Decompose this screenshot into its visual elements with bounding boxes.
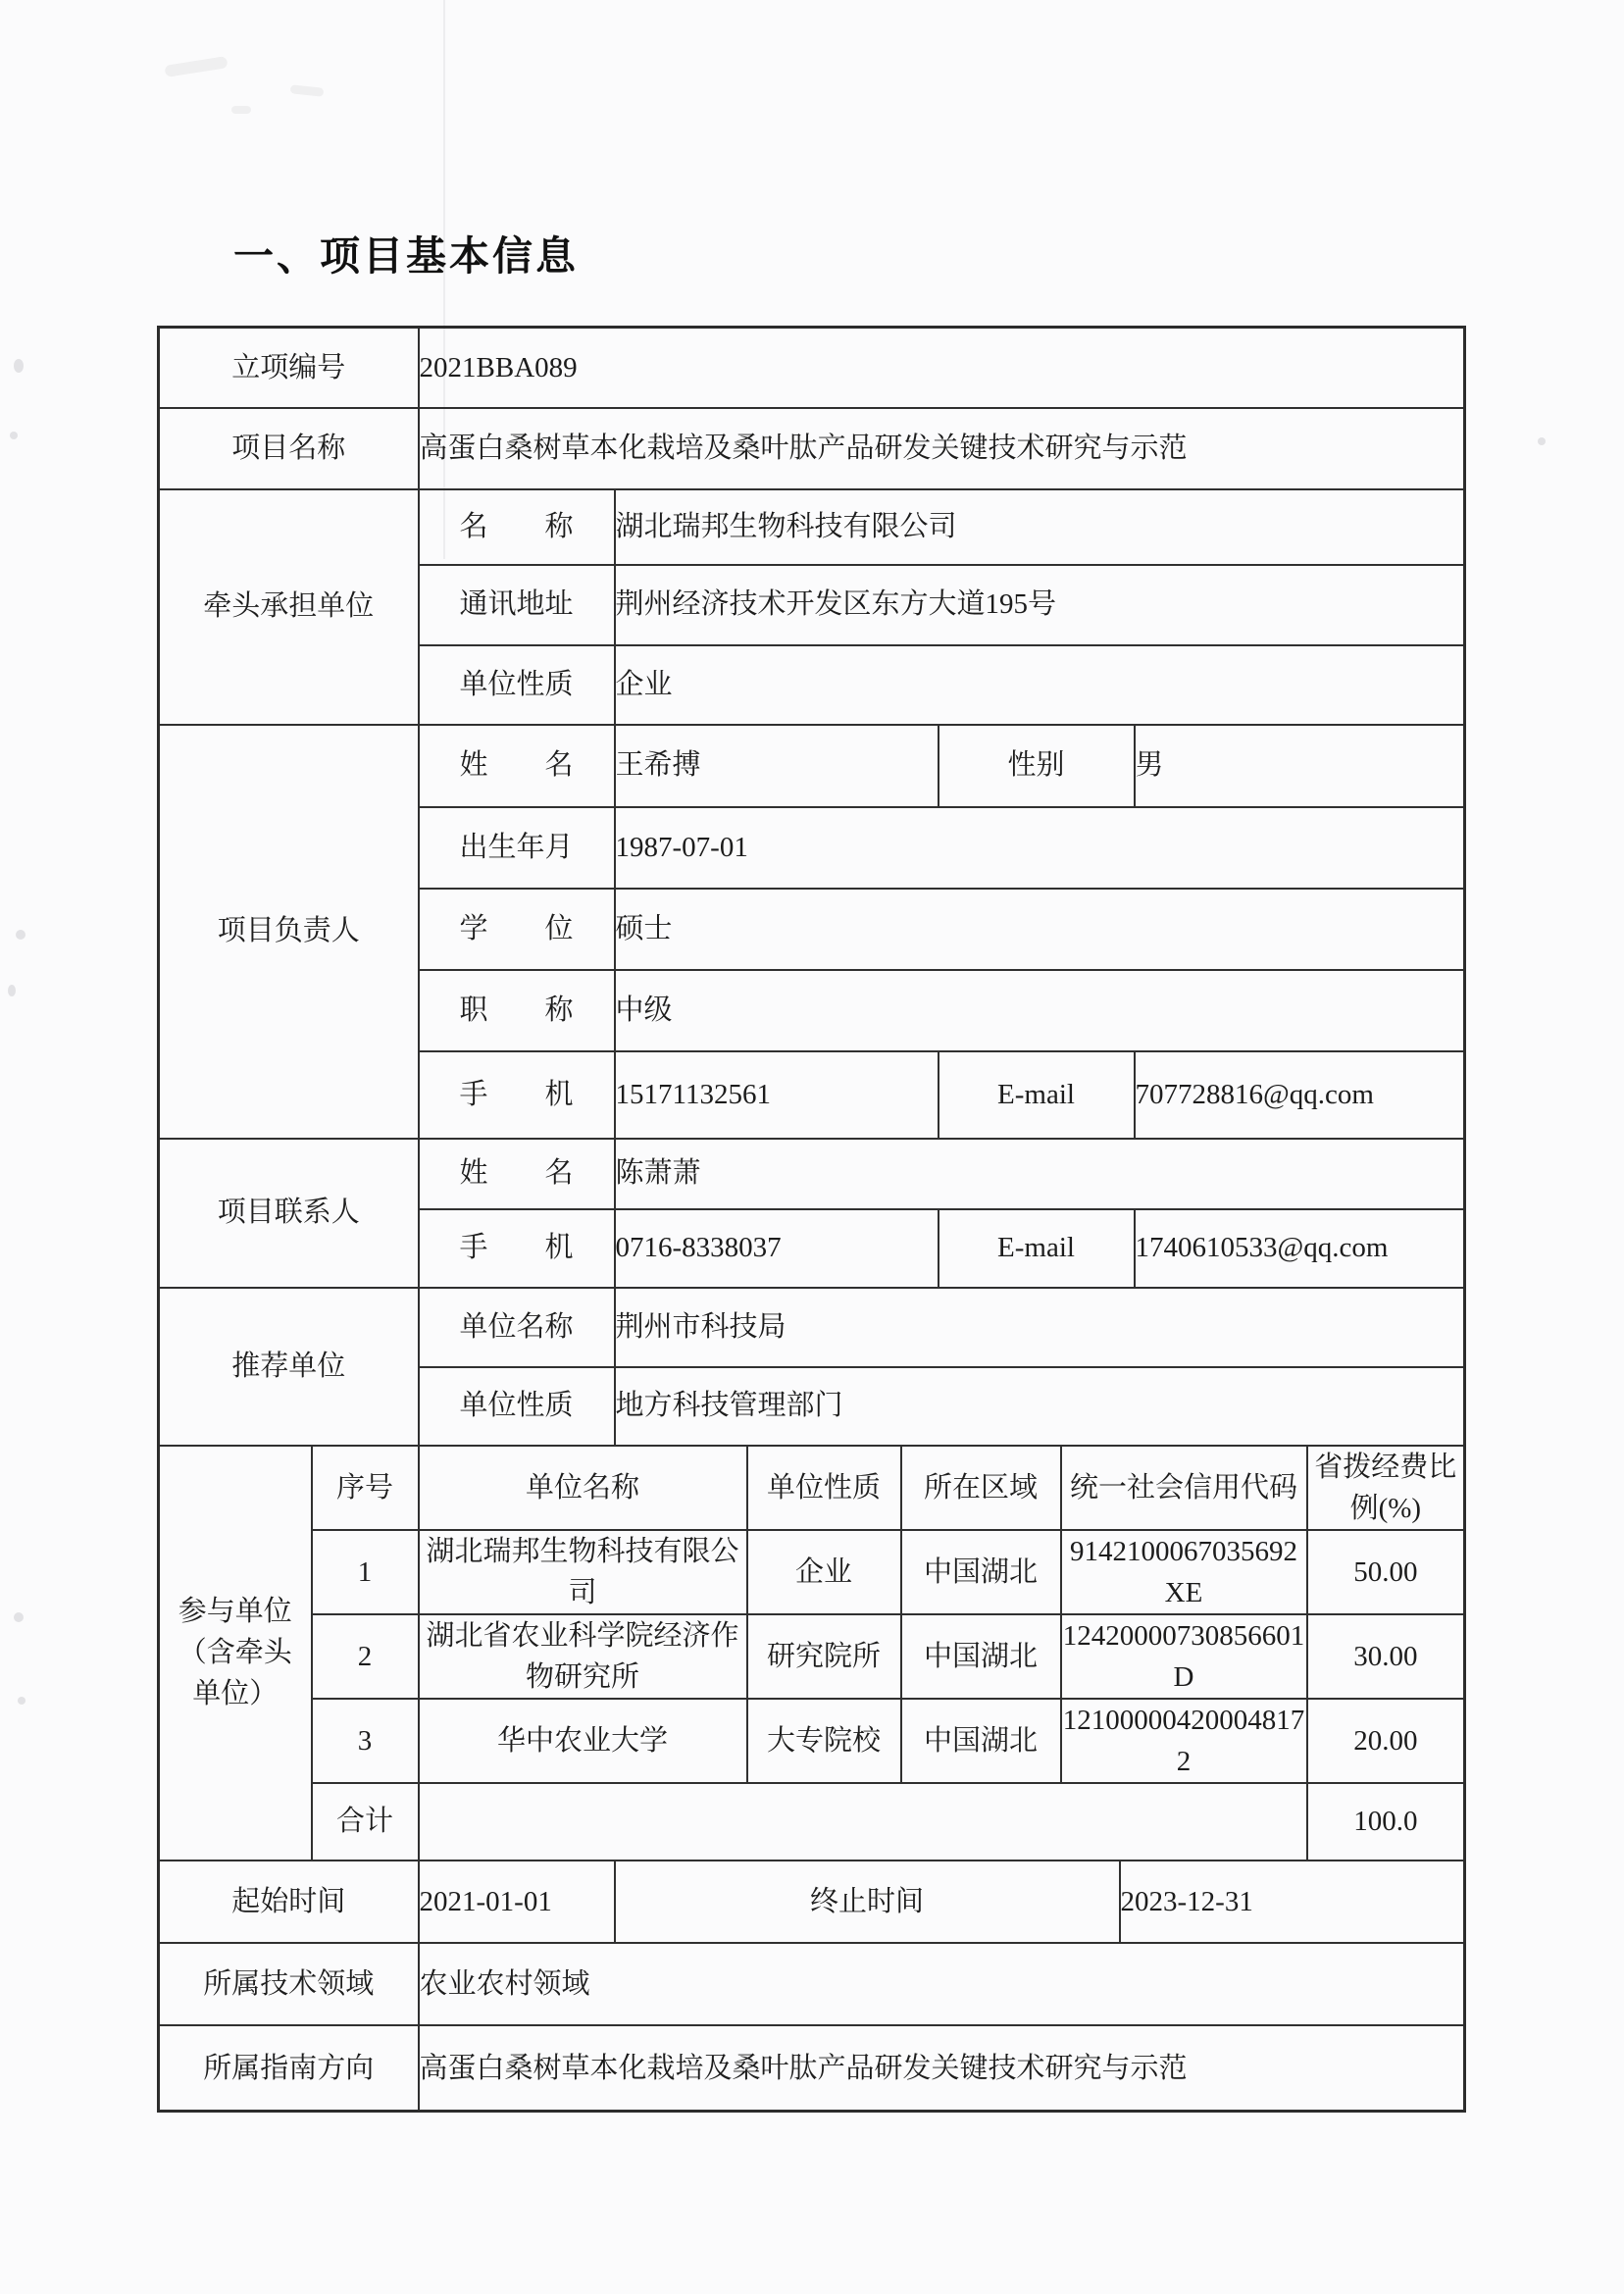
start-date-label: 起始时间 — [159, 1861, 419, 1943]
scan-speck — [14, 1612, 24, 1622]
lead-unit-address-label: 通讯地址 — [419, 565, 615, 645]
participant-row-fund-ratio: 30.00 — [1307, 1614, 1465, 1699]
scan-speck — [1538, 437, 1546, 445]
scan-speck — [10, 432, 18, 439]
recommender-name-value: 荆州市科技局 — [615, 1288, 1465, 1367]
participants-header-fund-ratio: 省拨经费比例(%) — [1307, 1446, 1465, 1530]
participants-total-value: 100.0 — [1307, 1783, 1465, 1861]
lead-unit-name-label: 名 称 — [419, 489, 615, 565]
page-title: 一、项目基本信息 — [233, 224, 579, 281]
leader-name-label: 姓 名 — [419, 725, 615, 807]
scan-speck — [16, 930, 25, 940]
leader-label: 项目负责人 — [159, 725, 419, 1139]
scan-smudge — [164, 56, 228, 77]
end-date-label: 终止时间 — [615, 1861, 1120, 1943]
participant-row-name: 华中农业大学 — [419, 1699, 747, 1783]
contact-label: 项目联系人 — [159, 1139, 419, 1288]
guide-direction-value: 高蛋白桑树草本化栽培及桑叶肽产品研发关键技术研究与示范 — [419, 2025, 1465, 2112]
participant-row-type: 研究院所 — [747, 1614, 901, 1699]
participants-label: 参与单位 （含牵头 单位） — [159, 1446, 312, 1861]
participant-row-credit-code: 9142100067035692XE — [1061, 1530, 1307, 1614]
lead-unit-name-value: 湖北瑞邦生物科技有限公司 — [615, 489, 1465, 565]
scanned-document-page: 一、项目基本信息 立项编号 2021BBA089 项目名称 高蛋白桑树草本化栽培… — [0, 0, 1624, 2294]
recommender-name-label: 单位名称 — [419, 1288, 615, 1367]
participants-header-region: 所在区域 — [901, 1446, 1061, 1530]
leader-email-value: 707728816@qq.com — [1135, 1051, 1465, 1139]
tech-field-value: 农业农村领域 — [419, 1943, 1465, 2025]
lead-unit-type-value: 企业 — [615, 645, 1465, 725]
participant-row-region: 中国湖北 — [901, 1699, 1061, 1783]
contact-phone-value: 0716-8338037 — [615, 1209, 939, 1288]
leader-name-value: 王希搏 — [615, 725, 939, 807]
participants-total-label: 合计 — [312, 1783, 419, 1861]
lead-unit-type-label: 单位性质 — [419, 645, 615, 725]
contact-phone-label: 手 机 — [419, 1209, 615, 1288]
project-number-label: 立项编号 — [159, 328, 419, 408]
participant-row-credit-code: 12420000730856601D — [1061, 1614, 1307, 1699]
participant-row-seq: 1 — [312, 1530, 419, 1614]
participant-row-name: 湖北省农业科学院经济作物研究所 — [419, 1614, 747, 1699]
participant-row-seq: 2 — [312, 1614, 419, 1699]
leader-email-label: E-mail — [939, 1051, 1135, 1139]
leader-birth-label: 出生年月 — [419, 807, 615, 889]
end-date-value: 2023-12-31 — [1120, 1861, 1465, 1943]
participant-row-region: 中国湖北 — [901, 1530, 1061, 1614]
leader-gender-value: 男 — [1135, 725, 1465, 807]
participants-header-seq: 序号 — [312, 1446, 419, 1530]
lead-unit-address-value: 荆州经济技术开发区东方大道195号 — [615, 565, 1465, 645]
participant-row-type: 大专院校 — [747, 1699, 901, 1783]
participants-header-type: 单位性质 — [747, 1446, 901, 1530]
leader-gender-label: 性别 — [939, 725, 1135, 807]
participant-row-type: 企业 — [747, 1530, 901, 1614]
contact-email-value: 1740610533@qq.com — [1135, 1209, 1465, 1288]
contact-email-label: E-mail — [939, 1209, 1135, 1288]
contact-name-value: 陈萧萧 — [615, 1139, 1465, 1209]
leader-degree-label: 学 位 — [419, 889, 615, 970]
leader-phone-value: 15171132561 — [615, 1051, 939, 1139]
participant-row-region: 中国湖北 — [901, 1614, 1061, 1699]
leader-phone-label: 手 机 — [419, 1051, 615, 1139]
leader-title-label: 职 称 — [419, 970, 615, 1051]
start-date-value: 2021-01-01 — [419, 1861, 615, 1943]
leader-birth-value: 1987-07-01 — [615, 807, 1465, 889]
guide-direction-label: 所属指南方向 — [159, 2025, 419, 2112]
scan-speck — [8, 985, 16, 996]
participants-header-credit-code: 统一社会信用代码 — [1061, 1446, 1307, 1530]
participant-row-credit-code: 121000004200048172 — [1061, 1699, 1307, 1783]
recommender-label: 推荐单位 — [159, 1288, 419, 1446]
scan-speck — [14, 359, 24, 373]
contact-name-label: 姓 名 — [419, 1139, 615, 1209]
leader-degree-value: 硕士 — [615, 889, 1465, 970]
participant-row-fund-ratio: 50.00 — [1307, 1530, 1465, 1614]
project-name-label: 项目名称 — [159, 408, 419, 489]
participants-total-empty-cell — [419, 1783, 1307, 1861]
tech-field-label: 所属技术领域 — [159, 1943, 419, 2025]
participant-row-seq: 3 — [312, 1699, 419, 1783]
recommender-type-label: 单位性质 — [419, 1367, 615, 1446]
project-info-table: 立项编号 2021BBA089 项目名称 高蛋白桑树草本化栽培及桑叶肽产品研发关… — [157, 326, 1466, 2113]
scan-smudge — [231, 106, 251, 114]
participant-row-fund-ratio: 20.00 — [1307, 1699, 1465, 1783]
recommender-type-value: 地方科技管理部门 — [615, 1367, 1465, 1446]
participants-header-name: 单位名称 — [419, 1446, 747, 1530]
lead-unit-label: 牵头承担单位 — [159, 489, 419, 725]
leader-title-value: 中级 — [615, 970, 1465, 1051]
scan-smudge — [290, 84, 325, 97]
project-number-value: 2021BBA089 — [419, 328, 1465, 408]
project-name-value: 高蛋白桑树草本化栽培及桑叶肽产品研发关键技术研究与示范 — [419, 408, 1465, 489]
participant-row-name: 湖北瑞邦生物科技有限公司 — [419, 1530, 747, 1614]
scan-speck — [18, 1697, 25, 1705]
